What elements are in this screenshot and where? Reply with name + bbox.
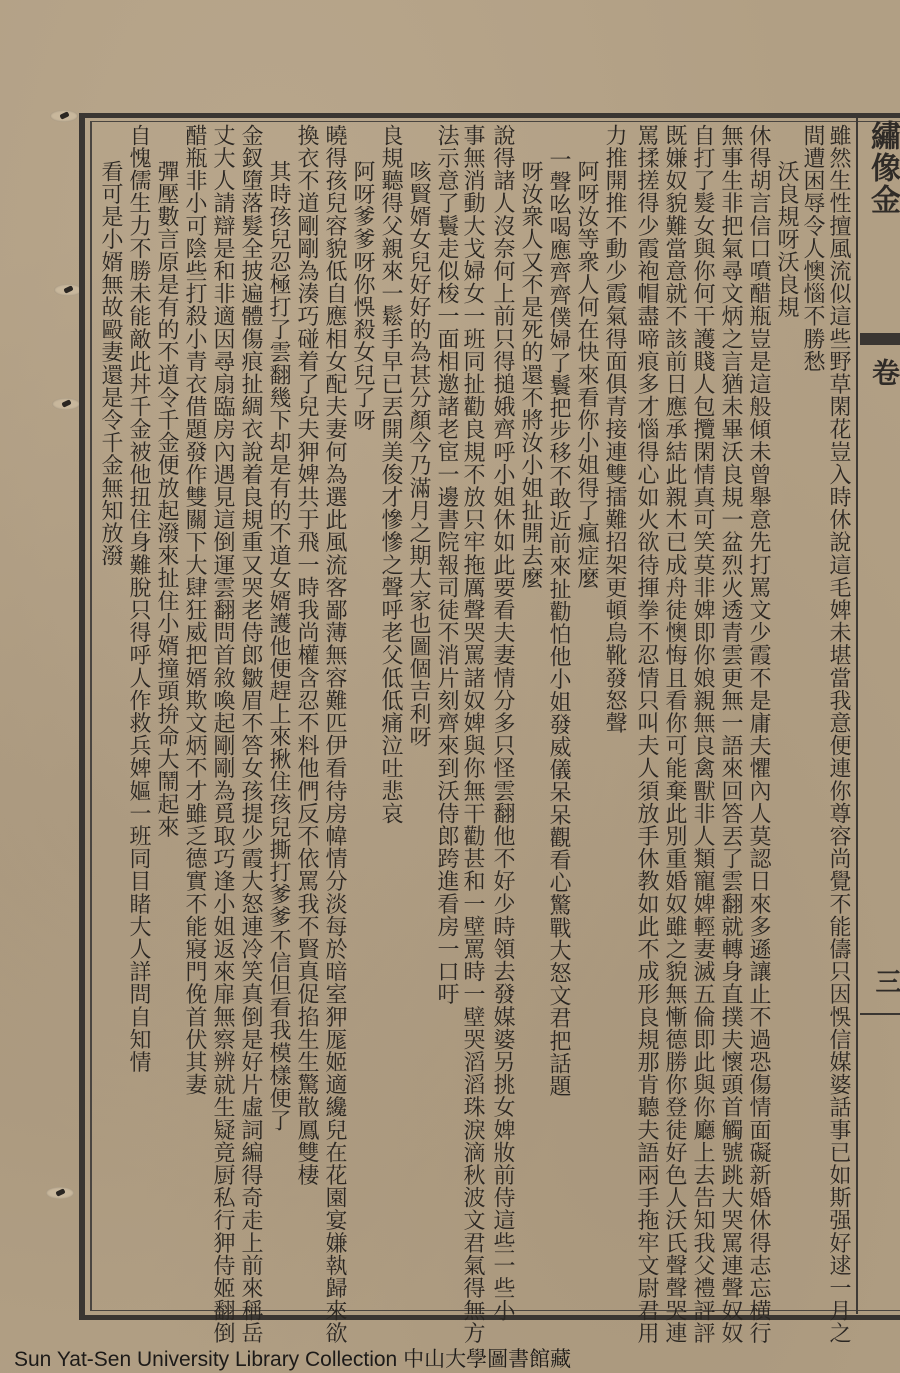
binding-hole bbox=[52, 398, 80, 410]
text-column: 無事生非把氣尋文炳之言猶未畢沃良規一盆烈火透青雲更無一語來回答丟了雲翻就轉身直撲… bbox=[718, 124, 742, 1344]
page-number: 三 bbox=[868, 968, 900, 994]
text-column: 曉得孩兒容貌低自應相女配夫妻何為選此風流客鄙薄無容難匹伊看待房幃情分淡每於暗室狎… bbox=[322, 124, 346, 1344]
text-column: 咳賢婿女兒好好的為甚分顏今乃滿月之期大家也圖個吉利呀 bbox=[406, 160, 430, 748]
page-number-rule bbox=[860, 1013, 900, 1015]
text-column: 既嫌奴貌難當意就不該前日應承結此親木已成舟徒懊悔且看你可能棄此別重婚奴雖之貌無慚… bbox=[662, 124, 686, 1344]
text-column: 彈壓數言原是有的不道令千金便放起潑來扯住小婿撞頭拚命大鬧起來 bbox=[154, 160, 178, 838]
text-column: 換衣不道剛剛為湊巧碰着了兒夫狎婢共于飛一時我尚權含忍不料他們反不依罵我不賢真促掐… bbox=[294, 124, 318, 1186]
text-column: 呀汝衆人又不是死的還不將汝小姐扯開去麼 bbox=[518, 160, 542, 589]
text-column: 說得諸人沒奈何上前只得搥娥齊呼小姐休如此要看夫妻情分多只怪雲翻他不好少時領去發媒… bbox=[490, 124, 514, 1322]
text-column: 力推開推不動少霞氣得面俱青接連雙擂難招架更頓烏靴發怒聲 bbox=[602, 124, 626, 734]
text-column: 休得胡言信口噴醋瓶豈是這般傾未曾舉意先打罵文少霞不是庸夫懼內人莫認日來多遜讓止不… bbox=[746, 124, 770, 1344]
text-column: 阿呀汝等衆人何在快來看你小姐得了瘋症麼 bbox=[574, 160, 598, 589]
text-column: 良規聽得父親來一鬆手早已丟開美俊才慘慘之聲呼老父低低痛泣吐悲哀 bbox=[378, 124, 402, 825]
text-column: 法示意了鬟走似梭一面相邀諸老宦一邊書院報司徒不消片刻齊來到沃侍郎跨進看房一口吁 bbox=[434, 124, 458, 1005]
volume-mark: 卷 bbox=[864, 358, 900, 386]
text-column: 阿呀爹爹呀你悞殺女兒了呀 bbox=[350, 160, 374, 431]
book-title: 繡像金 bbox=[864, 120, 900, 216]
text-column: 丈大人請辯是和非適因尋扇臨房內遇見這倒運雲翻問首敘喚起剛剛為覓取巧逢小姐返來扉無… bbox=[210, 124, 234, 1344]
text-column: 自打了髮女與你何干護賤人包攬閑情真可笑莫非婢即你娘親無良禽獸非人類寵婢輕妻滅五倫… bbox=[690, 124, 714, 1344]
text-column: 雖然生性擅風流似這些野草閑花豈入時休說這毛婢未堪當我意便連你尊容尚覺不能儔只因悞… bbox=[826, 124, 850, 1344]
binding-hole bbox=[46, 1187, 74, 1199]
text-column: 看可是小婿無故毆妻還是令千金無知放潑 bbox=[98, 160, 122, 567]
scanned-book-page: 繡像金 卷 三 雖然生性擅風流似這些野草閑花豈入時休說這毛婢未堪當我意便連你尊容… bbox=[0, 0, 900, 1373]
collection-credit: Sun Yat-Sen University Library Collectio… bbox=[14, 1343, 571, 1373]
fishtail-mark bbox=[860, 333, 900, 345]
vertical-text-body: 雖然生性擅風流似這些野草閑花豈入時休說這毛婢未堪當我意便連你尊容尚覺不能儔只因悞… bbox=[94, 124, 854, 1304]
binding-hole bbox=[50, 110, 78, 122]
text-column: 金釵墮落髮全披遍體傷痕扯綢衣說着良規重又哭老侍郎皺眉不答女孩提少霞大怒連冷笑真倒… bbox=[238, 124, 262, 1344]
text-column: 間遭困辱令人懊惱不勝愁 bbox=[800, 124, 824, 373]
text-column: 罵揉搓得少霞袍帽盡啼痕多才惱得心如火欲待揮拳不忍情只叫夫人須放手休教如此不成形良… bbox=[634, 124, 658, 1344]
text-column: 沃良規呀沃良規 bbox=[774, 160, 798, 318]
center-fold-margin: 繡像金 卷 三 bbox=[860, 118, 900, 1314]
binding-hole bbox=[54, 284, 82, 296]
text-column: 醋瓶非小可陰些打殺小青衣借題發作雙關下大肆狂威把婿欺文炳不才雖乏德實不能寢門俛首… bbox=[182, 124, 206, 1096]
text-column: 事無消動大戈婦女一班同扯勸良規不放只牢拖厲聲哭罵諸奴婢與你無干勸甚和一壁罵時一壁… bbox=[460, 124, 484, 1344]
text-column: 一聲吆喝應齊齊僕婦了鬟把步移不敢近前來扯勸怕他小姐發威儀呆呆觀看心驚戰大怒文君把… bbox=[546, 148, 570, 1097]
center-fold-rule bbox=[856, 118, 858, 1314]
text-column: 其時孩兒忍極打了雲翻幾下却是有的不道女婿護他便趕上來揪住孩兒撕打爹爹不信但看我模… bbox=[266, 160, 290, 1132]
text-column: 自愧儒生力不勝未能敵此丼千金被他扭住身難脫只得呼人作救兵婢嫗一班同目睹大人詳問自… bbox=[126, 124, 150, 1073]
